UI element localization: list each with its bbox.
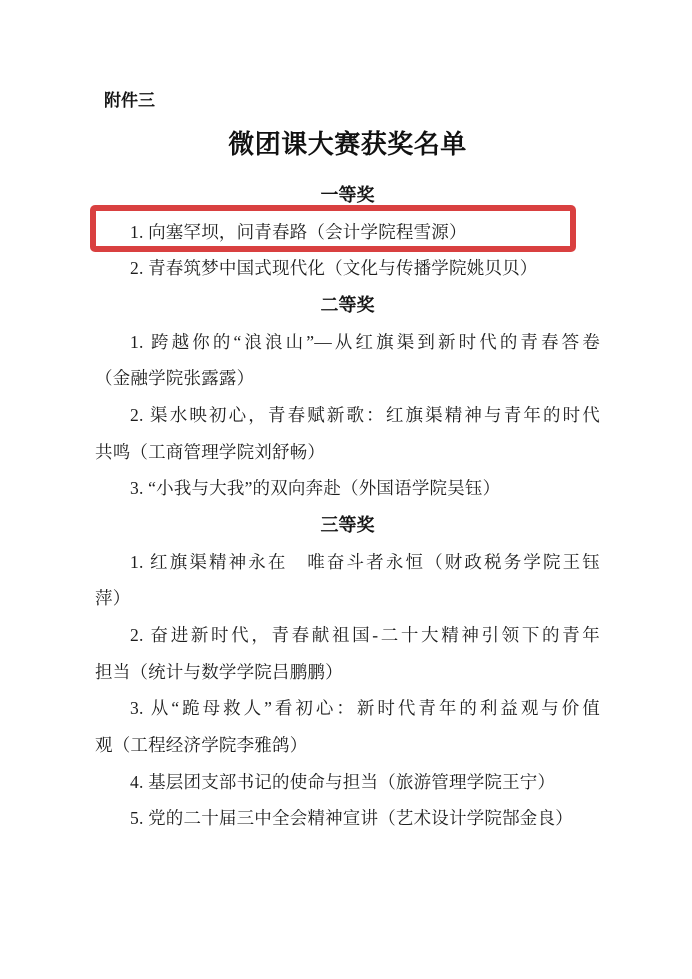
award-line: （金融学院张露露） [95, 360, 600, 397]
award-line: 担当（统计与数学学院吕鹏鹏） [95, 654, 600, 691]
award-line: 1. 红旗渠精神永在 唯奋斗者永恒（财政税务学院王钰 [95, 544, 600, 581]
award-line: 2. 奋进新时代，青春献祖国-二十大精神引领下的青年 [95, 617, 600, 654]
award-line: 4. 基层团支部书记的使命与担当（旅游管理学院王宁） [95, 764, 600, 801]
section-heading: 二等奖 [95, 287, 600, 324]
award-line: 观（工程经济学院李雅鸽） [95, 727, 600, 764]
award-line: 3. “小我与大我”的双向奔赴（外国语学院吴钰） [95, 470, 600, 507]
page-title: 微团课大赛获奖名单 [95, 129, 600, 161]
award-line: 共鸣（工商管理学院刘舒畅） [95, 434, 600, 471]
award-line: 5. 党的二十届三中全会精神宣讲（艺术设计学院郜金良） [95, 800, 600, 837]
award-line: 萍） [95, 580, 600, 617]
award-line: 3. 从“跪母救人”看初心：新时代青年的利益观与价值 [95, 690, 600, 727]
award-list: 一等奖1. 向塞罕坝，问青春路（会计学院程雪源）2. 青春筑梦中国式现代化（文化… [95, 177, 600, 837]
document-page: 附件三 微团课大赛获奖名单 一等奖1. 向塞罕坝，问青春路（会计学院程雪源）2.… [0, 0, 692, 979]
award-line: 2. 渠水映初心，青春赋新歌：红旗渠精神与青年的时代 [95, 397, 600, 434]
section-heading: 一等奖 [95, 177, 600, 214]
award-line: 1. 跨越你的“浪浪山”—从红旗渠到新时代的青春答卷 [95, 324, 600, 361]
award-line-highlighted: 1. 向塞罕坝，问青春路（会计学院程雪源） [95, 214, 600, 251]
attachment-label: 附件三 [104, 89, 155, 112]
section-heading: 三等奖 [95, 507, 600, 544]
award-line: 2. 青春筑梦中国式现代化（文化与传播学院姚贝贝） [95, 250, 600, 287]
